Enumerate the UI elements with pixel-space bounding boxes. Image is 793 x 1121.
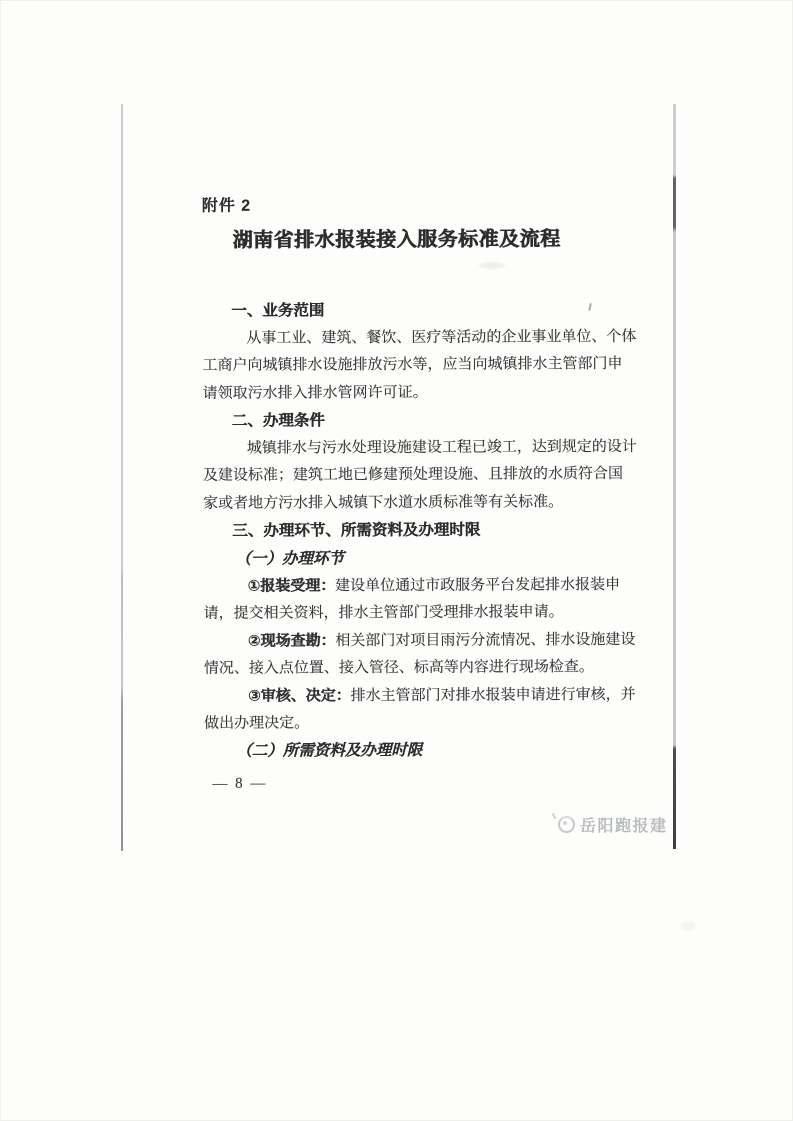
text-block: 一、业务范围从事工业、建筑、餐饮、医疗等活动的企业事业单位、个体工商户向城镇排水… xyxy=(202,296,634,765)
text-line: 从事工业、建筑、餐饮、医疗等活动的企业事业单位、个体 xyxy=(202,323,632,352)
scanned-document-page: 附件 2 湖南省排水报装接入服务标准及流程 一、业务范围从事工业、建筑、餐饮、医… xyxy=(0,0,793,1121)
watermark: 岳阳跑报建 xyxy=(558,813,668,836)
watermark-text: 岳阳跑报建 xyxy=(580,813,668,836)
page-number: — 8 — xyxy=(212,776,267,793)
document-content: 附件 2 湖南省排水报装接入服务标准及流程 一、业务范围从事工业、建筑、餐饮、医… xyxy=(0,0,793,1121)
text-line: ③审核、决定：排水主管部门对排水报装申请进行审核，并 xyxy=(204,681,634,710)
text-line: 工商户向城镇排水设施排放污水等，应当向城镇排水主管部门申 xyxy=(202,351,632,380)
text-line: 请领取污水排入排水管网许可证。 xyxy=(203,378,633,407)
text-line: （二）所需资料及办理时限 xyxy=(204,736,634,765)
text-line: 三、办理环节、所需资料及办理时限 xyxy=(203,516,633,545)
text-line: 一、业务范围 xyxy=(202,296,632,325)
text-line: 及建设标准；建筑工地已修建预处理设施、且排放的水质符合国 xyxy=(203,461,633,490)
paragraph-lead: ③审核、决定： xyxy=(248,687,351,704)
text-line: 二、办理条件 xyxy=(203,406,633,435)
text-line: 家或者地方污水排入城镇下水道水质标准等有关标准。 xyxy=(203,488,633,517)
text-line: （一）办理环节 xyxy=(203,543,633,572)
text-line: ②现场查勘：相关部门对项目雨污分流情况、排水设施建设 xyxy=(204,626,634,655)
paragraph-lead: ②现场查勘： xyxy=(248,632,336,649)
text-line: 情况、接入点位置、接入管径、标高等内容进行现场检查。 xyxy=(204,653,634,682)
text-line: 做出办理决定。 xyxy=(204,708,634,737)
document-title: 湖南省排水报装接入服务标准及流程 xyxy=(0,225,793,254)
text-line: ①报装受理：建设单位通过市政服务平台发起排水报装申 xyxy=(203,571,633,600)
paragraph-lead: ①报装受理： xyxy=(247,577,335,594)
watermark-logo-icon xyxy=(558,816,575,833)
attachment-label: 附件 2 xyxy=(202,193,251,216)
text-line: 请，提交相关资料，排水主管部门受理排水报装申请。 xyxy=(204,598,634,627)
text-line: 城镇排水与污水处理设施建设工程已竣工，达到规定的设计 xyxy=(203,433,633,462)
